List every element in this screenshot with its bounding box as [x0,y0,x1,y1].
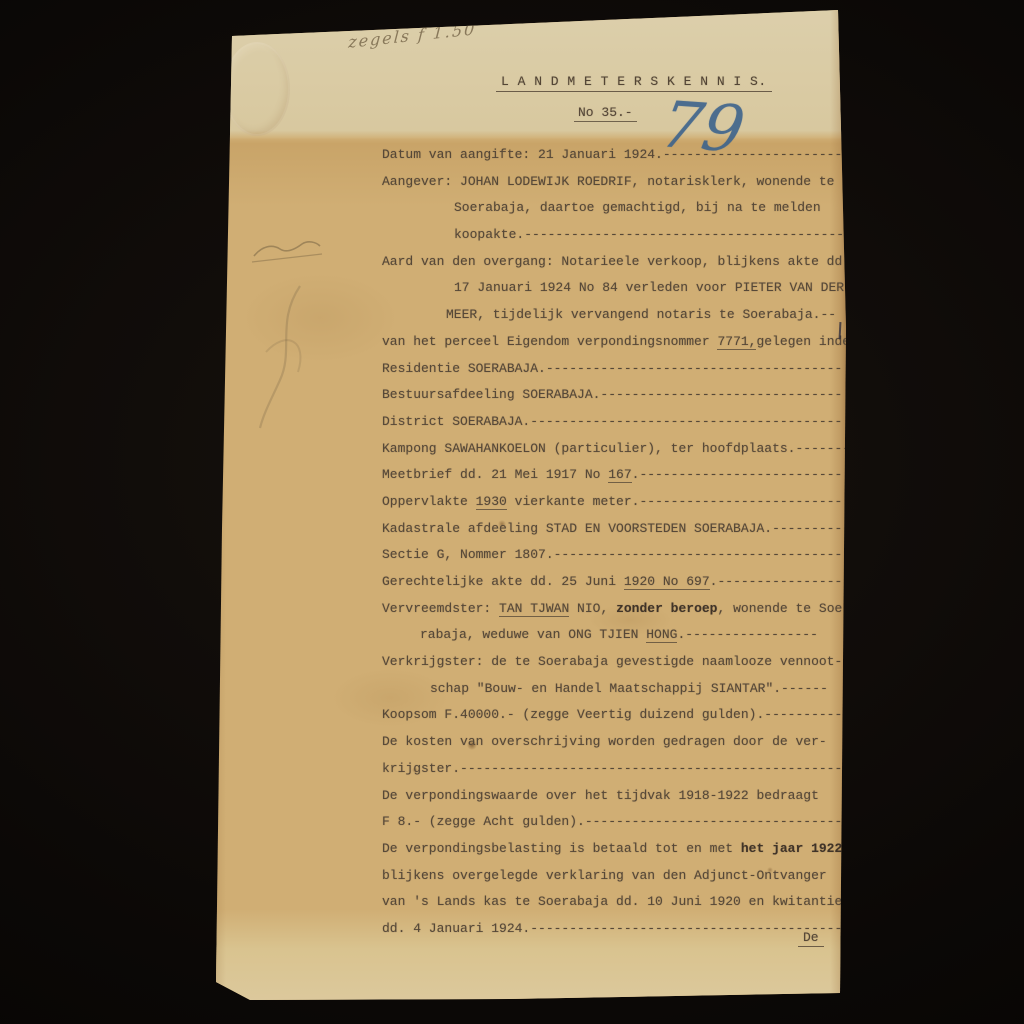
typed-line: De kosten van overschrijving worden gedr… [382,729,848,756]
typed-line: Sectie G, Nommer 1807.------------------… [382,542,848,569]
typed-line: Oppervlakte 1930 vierkante meter.-------… [382,489,848,516]
typed-line: De verpondingswaarde over het tijdvak 19… [382,783,848,810]
typed-line: Bestuursafdeeling SOERABAJA.------------… [382,382,848,409]
catchword: De [798,930,824,947]
embossed-seal [224,42,290,136]
pencil-duty-note: zegels f 1.50 [348,19,477,52]
typed-line: Residentie SOERABAJA.-------------------… [382,356,848,383]
typed-line: MEER, tijdelijk vervangend notaris te So… [382,302,848,329]
typed-line: Aard van den overgang: Notarieele verkoo… [382,249,848,276]
document-page: zegels f 1.50 L A N D M E T E R S K E N … [210,8,848,1004]
typed-line: Gerechtelijke akte dd. 25 Juni 1920 No 6… [382,569,848,596]
typed-line: Soerabaja, daartoe gemachtigd, bij na te… [382,195,848,222]
typed-line: dd. 4 Januari 1924.---------------------… [382,916,848,943]
typed-line: 17 Januari 1924 No 84 verleden voor PIET… [382,275,848,302]
typed-lines: Datum van aangifte: 21 Januari 1924.----… [382,142,848,943]
typed-line: De verpondingsbelasting is betaald tot e… [382,836,848,863]
typed-line: Aangever: JOHAN LODEWIJK ROEDRIF, notari… [382,169,848,196]
typed-line: Kadastrale afdeeling STAD EN VOORSTEDEN … [382,516,848,543]
typed-line: Meetbrief dd. 21 Mei 1917 No 167.-------… [382,462,848,489]
typed-line: krijgster.------------------------------… [382,756,848,783]
typed-line: Koopsom F.40000.- (zegge Veertig duizend… [382,702,848,729]
typed-line: van het perceel Eigendom verpondingsnomm… [382,329,848,356]
typed-line: schap "Bouw- en Handel Maatschappij SIAN… [382,676,848,703]
typed-line: District SOERABAJA.---------------------… [382,409,848,436]
page-title: L A N D M E T E R S K E N N I S. [496,74,772,92]
typed-line: F 8.- (zegge Acht gulden).--------------… [382,809,848,836]
marginal-pencil-scribble [236,230,366,440]
typed-line: koopakte.-------------------------------… [382,222,848,249]
typed-line: Vervreemdster: TAN TJWAN NIO, zonder ber… [382,596,848,623]
typed-line: rabaja, weduwe van ONG TJIEN HONG.------… [382,622,848,649]
typed-line: Kampong SAWAHANKOELON (particulier), ter… [382,436,848,463]
typed-line: blijkens overgelegde verklaring van den … [382,863,848,890]
typed-line: van 's Lands kas te Soerabaja dd. 10 Jun… [382,889,848,916]
photo-backdrop: zegels f 1.50 L A N D M E T E R S K E N … [0,0,1024,1024]
typed-line: Verkrijgster: de te Soerabaja gevestigde… [382,649,848,676]
typed-line: Datum van aangifte: 21 Januari 1924.----… [382,142,848,169]
document-number: No 35.- [574,105,637,122]
